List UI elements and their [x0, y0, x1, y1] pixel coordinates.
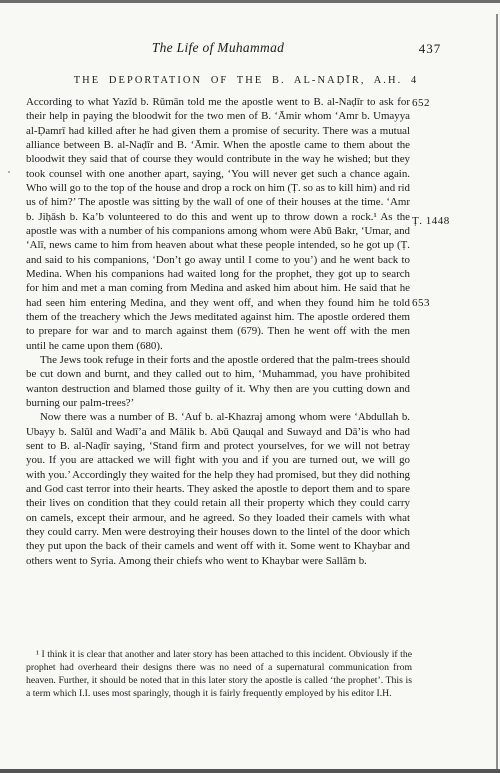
scan-edge-top	[0, 0, 500, 3]
section-heading: THE DEPORTATION OF THE B. AL-NAḌĪR, A.H.…	[0, 75, 492, 86]
scan-edge-right	[496, 14, 498, 769]
page-number: 437	[405, 41, 455, 57]
footnote: ¹ I think it is clear that another and l…	[26, 649, 412, 701]
paragraph-1: According to what Yazīd b. Rūmān told me…	[26, 95, 410, 353]
scan-edge-bottom	[0, 769, 500, 773]
running-title: The Life of Muhammad	[26, 40, 410, 56]
paragraph-3: Now there was a number of B. ‘Auf b. al-…	[26, 410, 410, 568]
paragraph-2: The Jews took refuge in their forts and …	[26, 353, 410, 410]
margin-note-652: 652	[412, 97, 472, 109]
body-text: According to what Yazīd b. Rūmān told me…	[26, 95, 410, 568]
margin-note-tabari-1448: Ṭ. 1448	[412, 215, 472, 227]
book-page: The Life of Muhammad 437 THE DEPORTATION…	[0, 0, 500, 773]
scan-speck	[8, 171, 10, 173]
margin-note-653: 653	[412, 297, 472, 309]
